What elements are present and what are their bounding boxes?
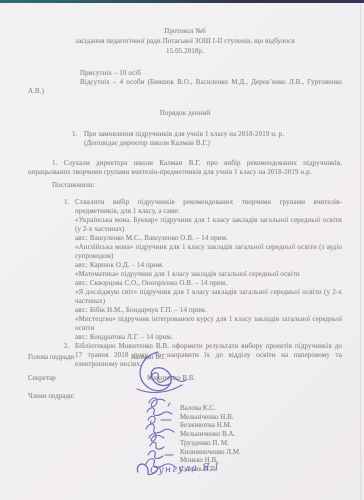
agenda-item-note: (Доповідає директор школи Калман В.Г.) (84, 139, 342, 148)
chair-signature-row: Голова педради Калман В.Г. (28, 353, 342, 362)
member-name: Мельніченко Н.В. (180, 413, 342, 422)
resolution-intro: Схвалити вибір підручників рекомендовани… (75, 198, 342, 216)
resolution-1: 1. Схвалити вибір підручників рекомендов… (64, 198, 342, 342)
paper-edge-line (360, 3, 361, 500)
agenda-item-number: 1. (72, 130, 84, 139)
agenda-heading: Порядок денний (28, 109, 342, 118)
book-authors: авт.: Скворцова С.О., Онопрієнко О.В. – … (75, 279, 342, 288)
signature-block: Голова педради Калман В.Г. Секретар Мики… (28, 353, 342, 474)
member-name: Килимниченко Л.М. (180, 448, 342, 457)
absent-count: Відсутніх – 4 особи (Бившок В.О., Василе… (28, 78, 342, 96)
book-title: «Мистецтво» підручник інтегрованого курс… (75, 315, 342, 333)
book-title: «Англійська мова» підручник для 1 класу … (75, 243, 342, 261)
agenda-item-text: Про замовлення підручників для учнів 1 к… (84, 130, 284, 139)
chair-name: Калман В.Г. (131, 353, 167, 362)
protocol-title: Протокол №6 (28, 26, 342, 36)
resolution-body: Схвалити вибір підручників рекомендовани… (75, 198, 342, 342)
member-name: Безживотна Н.М. (180, 421, 342, 430)
book-authors: авт.: Кондратова Л.Г. – 14 прим. (75, 333, 342, 342)
agenda-item-1: 1. Про замовлення підручників для учнів … (72, 130, 342, 139)
book-title: «Українська мова. Буквар» підручник для … (75, 216, 342, 234)
protocol-date: 15.05.2018р. (28, 46, 342, 56)
scanned-protocol-page: Протокол №6 засідання педагогічної ради … (0, 0, 364, 500)
book-authors: авт.: Карпюк О.Д. – 14 прим. (75, 261, 342, 270)
resolved-heading: Постановили: (52, 181, 342, 190)
book-authors: авт.: Вашуленко М.С., Вашуленко О.В. – 1… (75, 234, 342, 243)
document-body: Протокол №6 засідання педагогічної ради … (28, 26, 342, 369)
secretary-label: Секретар (28, 374, 147, 383)
member-name: Мельниченко В.А. (180, 430, 342, 439)
attendance-block: Присутніх – 10 осіб Відсутніх – 4 особи … (28, 69, 342, 96)
chair-label: Голова педради (28, 353, 131, 362)
heard-paragraph: 1. Слухали директора школи Калман В.Г. п… (28, 159, 342, 177)
protocol-title-block: Протокол №6 засідання педагогічної ради … (28, 26, 342, 56)
present-count: Присутніх – 10 осіб (80, 69, 342, 78)
member-name: Валова К.С. (180, 404, 342, 413)
book-authors: авт.: Бібік Н.М., Бондарчук Г.П. – 14 пр… (75, 306, 342, 315)
secretary-name: Микитенко В.В. (147, 374, 195, 383)
book-title: «Я досліджую світ» підручник для 1 класу… (75, 288, 342, 306)
secretary-signature-row: Секретар Микитенко В.В. (28, 374, 342, 383)
scanner-edge-artifact (0, 0, 364, 3)
member-name: Трузденко П. М. (180, 439, 342, 448)
book-title: «Математика» підручник для 1 класу закла… (75, 270, 342, 279)
protocol-subtitle: засідання педагогічної ради Потаської ЗО… (28, 36, 342, 46)
resolution-number: 1. (64, 198, 75, 342)
members-label: Члени педради: (28, 392, 342, 401)
